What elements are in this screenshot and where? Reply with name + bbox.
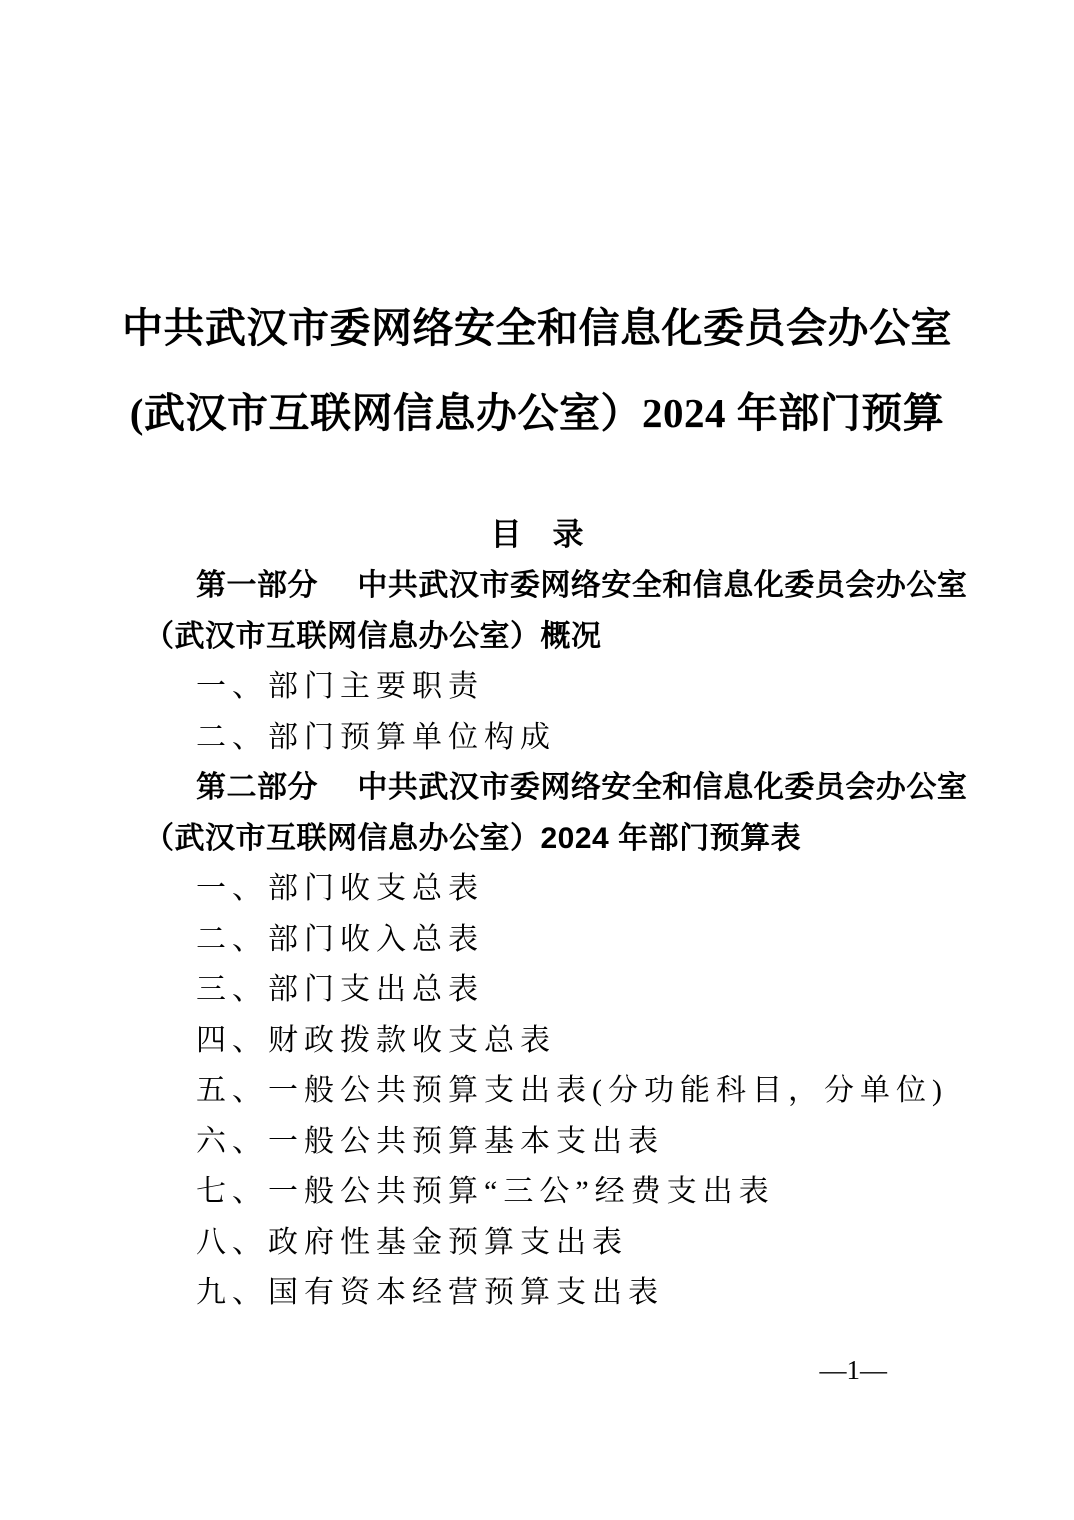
toc-part2-item-7: 七、一般公共预算“三公”经费支出表 [144, 1163, 944, 1214]
document-page: 中共武汉市委网络安全和信息化委员会办公室 (武汉市互联网信息办公室）2024 年… [0, 0, 1074, 1520]
toc-part2-item-5: 五、一般公共预算支出表(分功能科目，分单位) [144, 1062, 944, 1113]
toc-part2-item-3: 三、部门支出总表 [144, 961, 944, 1012]
toc-list: 第一部分 中共武汉市委网络安全和信息化委员会办公室 （武汉市互联网信息办公室）概… [144, 557, 944, 1315]
toc-part1-item-2: 二、部门预算单位构成 [144, 709, 944, 760]
toc-part2-item-1: 一、部门收支总表 [144, 860, 944, 911]
page-number: —1— [820, 1352, 888, 1388]
toc-part2-heading-line1: 第二部分 中共武汉市委网络安全和信息化委员会办公室 [144, 759, 944, 810]
toc-part2-item-6: 六、一般公共预算基本支出表 [144, 1113, 944, 1164]
toc-part2-item-9: 九、国有资本经营预算支出表 [144, 1264, 944, 1315]
toc-part1-heading-line2: （武汉市互联网信息办公室）概况 [144, 608, 944, 659]
document-title: 中共武汉市委网络安全和信息化委员会办公室 (武汉市互联网信息办公室）2024 年… [0, 282, 1074, 452]
toc-part2-item-8: 八、政府性基金预算支出表 [144, 1214, 944, 1265]
toc-part1-heading-line1: 第一部分 中共武汉市委网络安全和信息化委员会办公室 [144, 557, 944, 608]
toc-part1-item-1: 一、部门主要职责 [144, 658, 944, 709]
toc-part2-heading-line2: （武汉市互联网信息办公室）2024 年部门预算表 [144, 810, 944, 861]
document-title-line2: (武汉市互联网信息办公室）2024 年部门预算 [0, 367, 1074, 452]
document-title-line1: 中共武汉市委网络安全和信息化委员会办公室 [0, 282, 1074, 367]
toc-part2-item-2: 二、部门收入总表 [144, 911, 944, 962]
toc-heading: 目 录 [0, 506, 1074, 556]
toc-part2-item-4: 四、财政拨款收支总表 [144, 1012, 944, 1063]
